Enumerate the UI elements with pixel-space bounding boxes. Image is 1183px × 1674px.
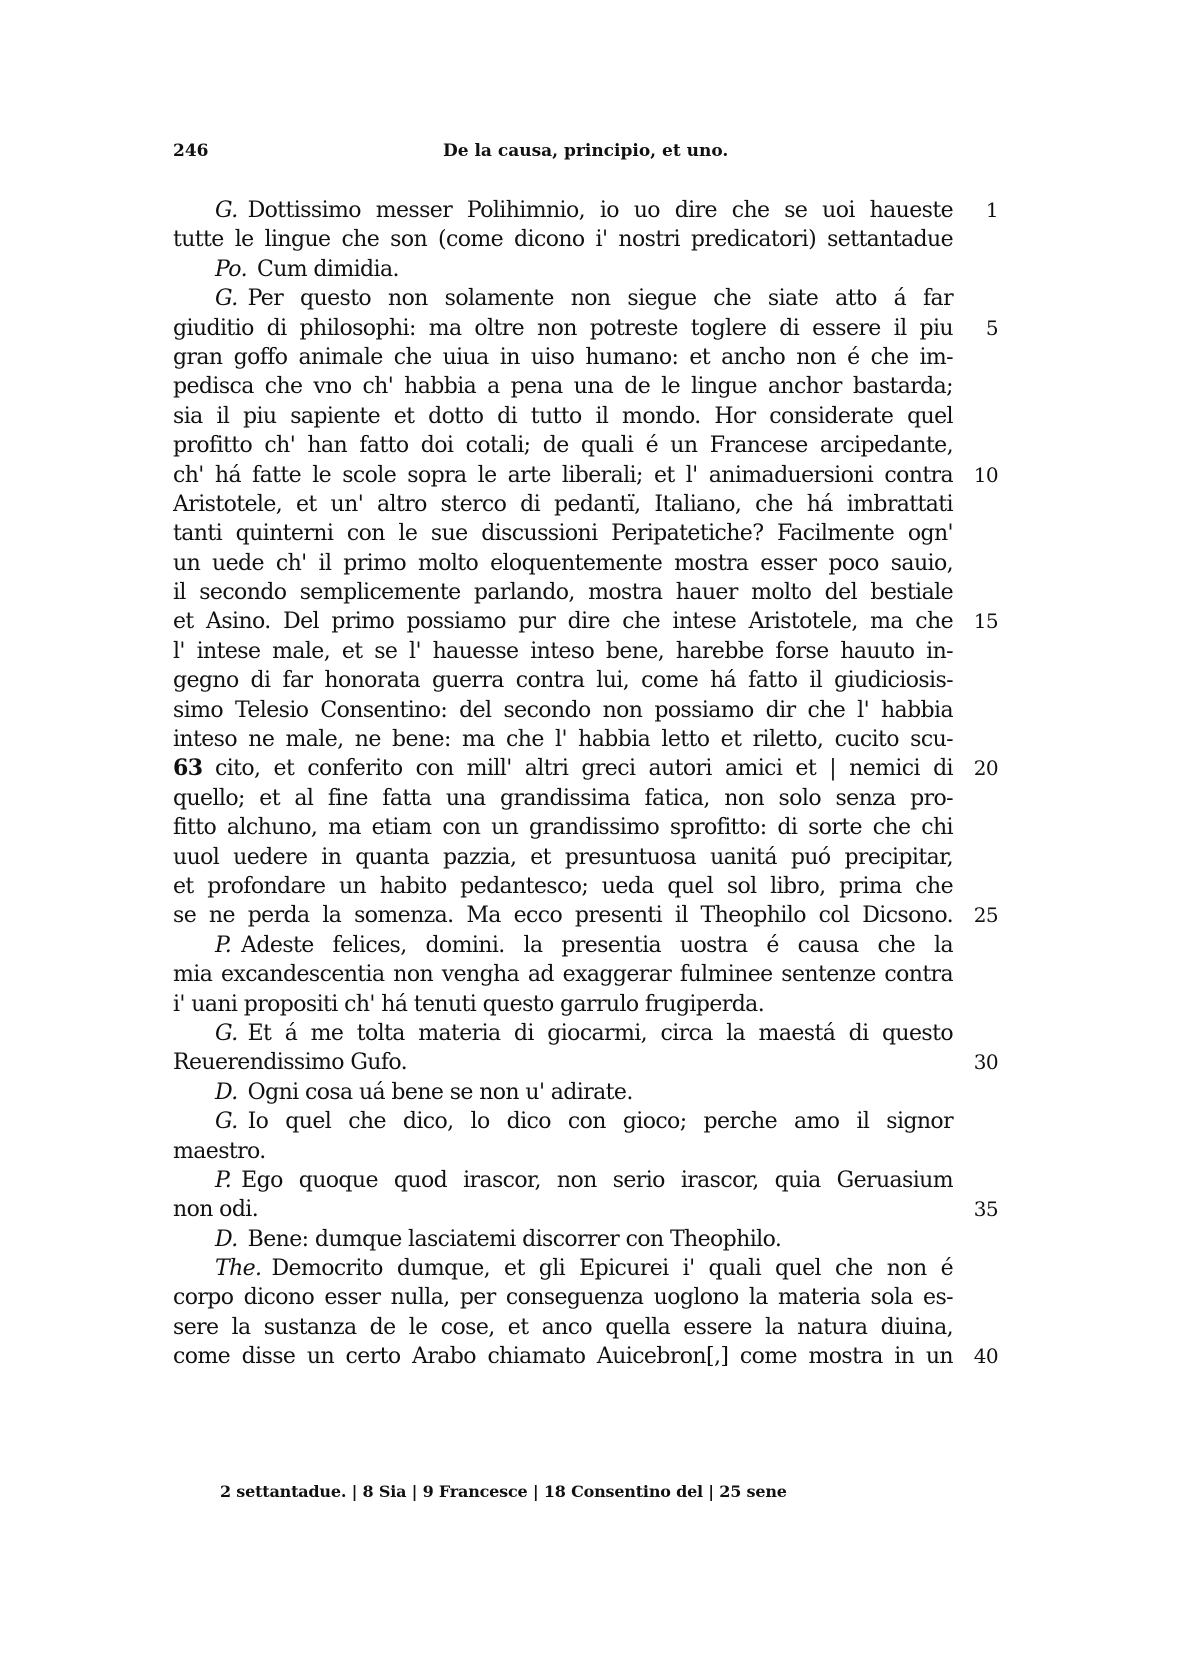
line-text: profitto ch' han fatto doi cotali; de qu…: [173, 431, 953, 460]
speaker-label: D.: [215, 1227, 238, 1252]
speaker-label: P.: [215, 933, 231, 958]
page-number: 246: [173, 141, 209, 161]
line-number: 35: [968, 1195, 998, 1224]
line-content: giuditio di philosophi: ma oltre non pot…: [173, 316, 953, 341]
text-line: inteso ne male, ne bene: ma che l' habbi…: [173, 725, 953, 754]
line-content: sere la sustanza de le cose, et anco que…: [173, 1315, 953, 1340]
line-text: quello; et al fine fatta una grandissima…: [173, 784, 953, 813]
line-content: corpo dicono esser nulla, per conseguenz…: [173, 1285, 953, 1310]
text-line: Po.Cum dimidia.: [173, 255, 953, 284]
text-line: D.Ogni cosa uá bene se non u' adirate.: [173, 1078, 953, 1107]
speaker-label: G.: [215, 198, 238, 223]
line-content: tanti quinterni con le sue discussioni P…: [173, 521, 953, 546]
line-text: D.Ogni cosa uá bene se non u' adirate.: [173, 1078, 953, 1107]
text-line: uuol uedere in quanta pazzia, et presunt…: [173, 843, 953, 872]
running-title: De la causa, principio, et uno.: [443, 141, 728, 161]
text-line: 63cito, et conferito con mill' altri gre…: [173, 754, 953, 783]
line-number: 10: [968, 461, 998, 490]
line-text: se ne perda la somenza. Ma ecco presenti…: [173, 901, 953, 930]
text-line: G.Per questo non solamente non siegue ch…: [173, 284, 953, 313]
line-content: gegno di far honorata guerra contra lui,…: [173, 668, 953, 693]
line-content: maestro.: [173, 1139, 266, 1164]
folio-marker: 63: [173, 754, 202, 783]
line-text: P.Adeste felices, domini. la presentia u…: [173, 931, 953, 960]
text-line: mia excandescentia non vengha ad exagger…: [173, 960, 953, 989]
text-line: P.Ego quoque quod irascor, non serio ira…: [173, 1166, 953, 1195]
text-line: non odi.35: [173, 1195, 953, 1224]
text-line: G.Io quel che dico, lo dico con gioco; p…: [173, 1107, 953, 1136]
text-line: D.Bene: dumque lasciatemi discorrer con …: [173, 1225, 953, 1254]
text-line: un uede ch' il primo molto eloquentement…: [173, 549, 953, 578]
line-content: Cum dimidia.: [257, 257, 399, 282]
critical-apparatus-footnotes: 2 settantadue. | 8 Sia | 9 Francesce | 1…: [220, 1482, 840, 1501]
line-text: giuditio di philosophi: ma oltre non pot…: [173, 314, 953, 343]
line-content: l' intese male, et se l' hauesse inteso …: [173, 639, 953, 664]
line-content: et Asino. Del primo possiamo pur dire ch…: [173, 609, 953, 634]
text-line: fitto alchuno, ma etiam con un grandissi…: [173, 813, 953, 842]
line-number: 40: [968, 1342, 998, 1371]
line-content: Adeste felices, domini. la presentia uos…: [241, 933, 953, 958]
line-text: sia il piu sapiente et dotto di tutto il…: [173, 402, 953, 431]
line-number: 1: [968, 196, 998, 225]
line-content: uuol uedere in quanta pazzia, et presunt…: [173, 845, 953, 870]
book-page: 246 De la causa, principio, et uno. G.Do…: [0, 0, 1183, 1674]
line-text: Reuerendissimo Gufo.: [173, 1048, 953, 1077]
line-content: inteso ne male, ne bene: ma che l' habbi…: [173, 727, 953, 752]
line-content: sia il piu sapiente et dotto di tutto il…: [173, 404, 953, 429]
text-line: come disse un certo Arabo chiamato Auice…: [173, 1342, 953, 1371]
speaker-label: P.: [215, 1168, 231, 1193]
line-number: 15: [968, 607, 998, 636]
line-content: fitto alchuno, ma etiam con un grandissi…: [173, 815, 953, 840]
text-line: gegno di far honorata guerra contra lui,…: [173, 666, 953, 695]
line-content: profitto ch' han fatto doi cotali; de qu…: [173, 433, 953, 458]
line-text: tanti quinterni con le sue discussioni P…: [173, 519, 953, 548]
line-content: gran goffo animale che uiua in uiso huma…: [173, 345, 953, 370]
line-text: G.Et á me tolta materia di giocarmi, cir…: [173, 1019, 953, 1048]
line-text: simo Telesio Consentino: del secondo non…: [173, 696, 953, 725]
line-content: et profondare un habito pedantesco; ueda…: [173, 874, 953, 899]
line-content: Aristotele, et un' altro sterco di pedan…: [173, 492, 953, 517]
line-text: gran goffo animale che uiua in uiso huma…: [173, 343, 953, 372]
line-content: Per questo non solamente non siegue che …: [248, 286, 953, 311]
line-content: un uede ch' il primo molto eloquentement…: [173, 551, 953, 576]
text-line: i' uani propositi ch' há tenuti questo g…: [173, 990, 953, 1019]
text-line: G.Dottissimo messer Polihimnio, io uo di…: [173, 196, 953, 225]
line-text: P.Ego quoque quod irascor, non serio ira…: [173, 1166, 953, 1195]
text-line: maestro.: [173, 1137, 953, 1166]
line-text: G.Per questo non solamente non siegue ch…: [173, 284, 953, 313]
line-content: Io quel che dico, lo dico con gioco; per…: [248, 1109, 953, 1134]
text-line: simo Telesio Consentino: del secondo non…: [173, 696, 953, 725]
line-text: inteso ne male, ne bene: ma che l' habbi…: [173, 725, 953, 754]
line-content: simo Telesio Consentino: del secondo non…: [173, 698, 953, 723]
line-content: Ego quoque quod irascor, non serio irasc…: [241, 1168, 953, 1193]
speaker-label: G.: [215, 286, 238, 311]
line-content: come disse un certo Arabo chiamato Auice…: [173, 1344, 953, 1369]
line-text: come disse un certo Arabo chiamato Auice…: [173, 1342, 953, 1371]
line-number: 25: [968, 901, 998, 930]
text-line: tutte le lingue che son (come dicono i' …: [173, 225, 953, 254]
text-line: et Asino. Del primo possiamo pur dire ch…: [173, 607, 953, 636]
line-text: il secondo semplicemente parlando, mostr…: [173, 578, 953, 607]
body-text: G.Dottissimo messer Polihimnio, io uo di…: [173, 196, 953, 1372]
text-line: Reuerendissimo Gufo.30: [173, 1048, 953, 1077]
speaker-label: D.: [215, 1080, 238, 1105]
line-number: 20: [968, 754, 998, 783]
line-content: Et á me tolta materia di giocarmi, circa…: [248, 1021, 953, 1046]
line-text: gegno di far honorata guerra contra lui,…: [173, 666, 953, 695]
line-text: pedisca che vno ch' habbia a pena una de…: [173, 372, 953, 401]
line-text: mia excandescentia non vengha ad exagger…: [173, 960, 953, 989]
text-line: G.Et á me tolta materia di giocarmi, cir…: [173, 1019, 953, 1048]
line-content: Democrito dumque, et gli Epicurei i' qua…: [271, 1256, 953, 1281]
line-text: cito, et conferito con mill' altri greci…: [173, 754, 953, 783]
line-text: l' intese male, et se l' hauesse inteso …: [173, 637, 953, 666]
text-line: gran goffo animale che uiua in uiso huma…: [173, 343, 953, 372]
line-text: G.Io quel che dico, lo dico con gioco; p…: [173, 1107, 953, 1136]
line-text: Po.Cum dimidia.: [173, 255, 953, 284]
line-content: il secondo semplicemente parlando, mostr…: [173, 580, 953, 605]
line-text: maestro.: [173, 1137, 953, 1166]
text-line: profitto ch' han fatto doi cotali; de qu…: [173, 431, 953, 460]
text-line: et profondare un habito pedantesco; ueda…: [173, 872, 953, 901]
line-content: i' uani propositi ch' há tenuti questo g…: [173, 992, 764, 1017]
text-line: Aristotele, et un' altro sterco di pedan…: [173, 490, 953, 519]
text-line: P.Adeste felices, domini. la presentia u…: [173, 931, 953, 960]
text-line: sia il piu sapiente et dotto di tutto il…: [173, 402, 953, 431]
line-number: 30: [968, 1048, 998, 1077]
text-line: giuditio di philosophi: ma oltre non pot…: [173, 314, 953, 343]
line-text: D.Bene: dumque lasciatemi discorrer con …: [173, 1225, 953, 1254]
line-text: The.Democrito dumque, et gli Epicurei i'…: [173, 1254, 953, 1283]
text-line: quello; et al fine fatta una grandissima…: [173, 784, 953, 813]
speaker-label: Po.: [215, 257, 247, 282]
line-text: i' uani propositi ch' há tenuti questo g…: [173, 990, 953, 1019]
text-line: l' intese male, et se l' hauesse inteso …: [173, 637, 953, 666]
line-text: fitto alchuno, ma etiam con un grandissi…: [173, 813, 953, 842]
line-content: cito, et conferito con mill' altri greci…: [215, 756, 953, 781]
line-content: tutte le lingue che son (come dicono i' …: [173, 227, 953, 252]
text-line: corpo dicono esser nulla, per conseguenz…: [173, 1283, 953, 1312]
speaker-label: G.: [215, 1109, 238, 1134]
line-content: quello; et al fine fatta una grandissima…: [173, 786, 953, 811]
running-head: 246 De la causa, principio, et uno.: [173, 141, 953, 171]
line-text: non odi.: [173, 1195, 953, 1224]
line-text: et Asino. Del primo possiamo pur dire ch…: [173, 607, 953, 636]
line-text: Aristotele, et un' altro sterco di pedan…: [173, 490, 953, 519]
text-line: se ne perda la somenza. Ma ecco presenti…: [173, 901, 953, 930]
line-content: se ne perda la somenza. Ma ecco presenti…: [173, 903, 953, 928]
line-text: G.Dottissimo messer Polihimnio, io uo di…: [173, 196, 953, 225]
line-number: 5: [968, 314, 998, 343]
line-content: pedisca che vno ch' habbia a pena una de…: [173, 374, 953, 399]
speaker-label: The.: [215, 1256, 261, 1281]
line-content: Ogni cosa uá bene se non u' adirate.: [248, 1080, 633, 1105]
text-line: The.Democrito dumque, et gli Epicurei i'…: [173, 1254, 953, 1283]
line-content: Dottissimo messer Polihimnio, io uo dire…: [248, 198, 953, 223]
line-content: ch' há fatte le scole sopra le arte libe…: [173, 463, 953, 488]
text-line: il secondo semplicemente parlando, mostr…: [173, 578, 953, 607]
line-text: tutte le lingue che son (come dicono i' …: [173, 225, 953, 254]
line-text: ch' há fatte le scole sopra le arte libe…: [173, 461, 953, 490]
line-content: Reuerendissimo Gufo.: [173, 1050, 407, 1075]
speaker-label: G.: [215, 1021, 238, 1046]
line-text: un uede ch' il primo molto eloquentement…: [173, 549, 953, 578]
text-line: ch' há fatte le scole sopra le arte libe…: [173, 461, 953, 490]
line-text: et profondare un habito pedantesco; ueda…: [173, 872, 953, 901]
line-text: corpo dicono esser nulla, per conseguenz…: [173, 1283, 953, 1312]
line-text: uuol uedere in quanta pazzia, et presunt…: [173, 843, 953, 872]
text-line: sere la sustanza de le cose, et anco que…: [173, 1313, 953, 1342]
line-content: mia excandescentia non vengha ad exagger…: [173, 962, 953, 987]
line-content: Bene: dumque lasciatemi discorrer con Th…: [248, 1227, 782, 1252]
text-line: pedisca che vno ch' habbia a pena una de…: [173, 372, 953, 401]
line-text: sere la sustanza de le cose, et anco que…: [173, 1313, 953, 1342]
text-line: tanti quinterni con le sue discussioni P…: [173, 519, 953, 548]
line-content: non odi.: [173, 1197, 258, 1222]
